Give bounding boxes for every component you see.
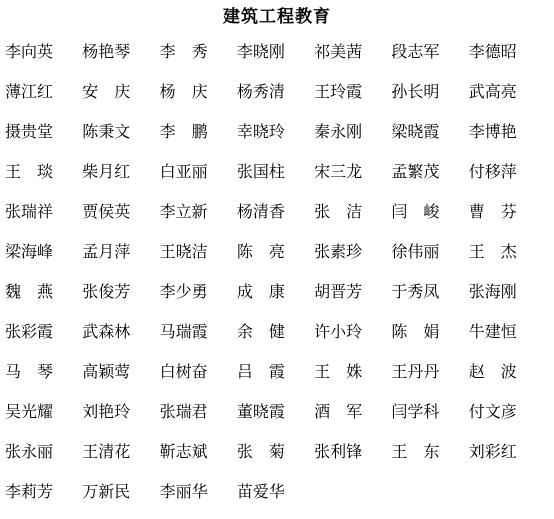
- name-cell: 宋三龙: [314, 164, 362, 182]
- name-cell: 梁晓霞: [391, 124, 439, 142]
- name-cell: 李丽华: [160, 484, 208, 502]
- name-cell: 白树奋: [160, 364, 208, 382]
- name-cell: 李博艳: [469, 124, 517, 142]
- name-cell: 李 鹏: [160, 124, 208, 142]
- name-cell: 张瑞君: [160, 404, 208, 422]
- name-row: 魏 燕张俊芳李少勇成 康胡晋芳于秀凤张海刚: [5, 273, 546, 313]
- name-cell: 祁美茜: [314, 44, 362, 62]
- name-cell: 刘彩红: [469, 444, 517, 462]
- name-cell: 牛建恒: [469, 324, 517, 342]
- page-title: 建筑工程教育: [0, 0, 554, 27]
- name-cell: 闫 峻: [391, 204, 439, 222]
- name-cell: 杨秀清: [237, 84, 285, 102]
- name-cell: 薄江红: [5, 84, 53, 102]
- name-cell: 张海刚: [469, 284, 517, 302]
- name-cell: 赵 波: [469, 364, 517, 382]
- name-cell: 陈秉文: [82, 124, 130, 142]
- name-cell: 武高亮: [469, 84, 517, 102]
- name-cell: 贾侯英: [82, 204, 130, 222]
- name-cell: 王 姝: [314, 364, 362, 382]
- document-page: 建筑工程教育 李向英杨艳琴李 秀李晓刚祁美茜段志军李德昭薄江红安 庆杨 庆杨秀清…: [0, 0, 554, 519]
- name-cell: 万新民: [82, 484, 130, 502]
- name-cell: 董晓霞: [237, 404, 285, 422]
- name-cell: 刘艳玲: [82, 404, 130, 422]
- name-cell: 王 琰: [5, 164, 53, 182]
- name-cell: 段志军: [391, 44, 439, 62]
- name-cell: 李立新: [160, 204, 208, 222]
- name-cell: 梁海峰: [5, 244, 53, 262]
- name-cell: 武森林: [82, 324, 130, 342]
- name-cell: 酒 军: [314, 404, 362, 422]
- name-list: 李向英杨艳琴李 秀李晓刚祁美茜段志军李德昭薄江红安 庆杨 庆杨秀清王玲霞孙长明武…: [0, 33, 554, 513]
- name-cell: 吕 霞: [237, 364, 285, 382]
- name-cell: 李少勇: [160, 284, 208, 302]
- name-cell: 杨 庆: [160, 84, 208, 102]
- name-row: 马 琴高颖莺白树奋吕 霞王 姝王丹丹赵 波: [5, 353, 546, 393]
- name-cell: 王 东: [391, 444, 439, 462]
- name-cell: 高颖莺: [82, 364, 130, 382]
- name-cell: 孟月萍: [82, 244, 130, 262]
- name-cell: 徐伟丽: [391, 244, 439, 262]
- name-cell: 张 洁: [314, 204, 362, 222]
- name-cell: 张利锋: [314, 444, 362, 462]
- name-cell: 李向英: [5, 44, 53, 62]
- name-cell: 幸晓玲: [237, 124, 285, 142]
- name-cell: 魏 燕: [5, 284, 53, 302]
- name-row: 摄贵堂陈秉文李 鹏幸晓玲秦永刚梁晓霞李博艳: [5, 113, 546, 153]
- name-cell: 王玲霞: [314, 84, 362, 102]
- name-cell: 张俊芳: [82, 284, 130, 302]
- name-row: 张永丽王清花靳志斌张 菊张利锋王 东刘彩红: [5, 433, 546, 473]
- name-cell: 杨艳琴: [82, 44, 130, 62]
- name-cell: 陈 娟: [391, 324, 439, 342]
- name-row: 李向英杨艳琴李 秀李晓刚祁美茜段志军李德昭: [5, 33, 546, 73]
- name-cell: 孟繁茂: [391, 164, 439, 182]
- name-cell: 吴光耀: [5, 404, 53, 422]
- name-cell: 付文彦: [469, 404, 517, 422]
- name-cell: 陈 亮: [237, 244, 285, 262]
- name-cell: 马瑞霞: [160, 324, 208, 342]
- name-cell: 李德昭: [469, 44, 517, 62]
- name-cell: 成 康: [237, 284, 285, 302]
- name-cell: 胡晋芳: [314, 284, 362, 302]
- name-cell: 许小玲: [314, 324, 362, 342]
- name-cell: 张素珍: [314, 244, 362, 262]
- name-cell: 王丹丹: [391, 364, 439, 382]
- name-row: 张彩霞武森林马瑞霞余 健许小玲陈 娟牛建恒: [5, 313, 546, 353]
- name-cell: 张 菊: [237, 444, 285, 462]
- name-cell: 杨清香: [237, 204, 285, 222]
- name-cell: 于秀凤: [391, 284, 439, 302]
- name-cell: 秦永刚: [314, 124, 362, 142]
- name-cell: 白亚丽: [160, 164, 208, 182]
- name-cell: 张瑞祥: [5, 204, 53, 222]
- name-cell: 安 庆: [82, 84, 130, 102]
- name-cell: 余 健: [237, 324, 285, 342]
- name-row: 薄江红安 庆杨 庆杨秀清王玲霞孙长明武高亮: [5, 73, 546, 113]
- name-cell: 苗爱华: [237, 484, 285, 502]
- name-row: 王 琰柴月红白亚丽张国柱宋三龙孟繁茂付移萍: [5, 153, 546, 193]
- name-cell: 李莉芳: [5, 484, 53, 502]
- name-cell: 孙长明: [391, 84, 439, 102]
- name-row: 梁海峰孟月萍王晓洁陈 亮张素珍徐伟丽王 杰: [5, 233, 546, 273]
- name-cell: 摄贵堂: [5, 124, 53, 142]
- name-row: 李莉芳万新民李丽华苗爱华: [5, 473, 546, 513]
- name-cell: 曹 芬: [469, 204, 517, 222]
- name-cell: 李晓刚: [237, 44, 285, 62]
- name-cell: 柴月红: [82, 164, 130, 182]
- name-cell: 王 杰: [469, 244, 517, 262]
- name-cell: 靳志斌: [160, 444, 208, 462]
- name-cell: 李 秀: [160, 44, 208, 62]
- name-cell: 王清花: [82, 444, 130, 462]
- name-cell: 闫学科: [391, 404, 439, 422]
- name-row: 吴光耀刘艳玲张瑞君董晓霞酒 军闫学科付文彦: [5, 393, 546, 433]
- name-cell: 张永丽: [5, 444, 53, 462]
- name-row: 张瑞祥贾侯英李立新杨清香张 洁闫 峻曹 芬: [5, 193, 546, 233]
- name-cell: 马 琴: [5, 364, 53, 382]
- name-cell: 王晓洁: [160, 244, 208, 262]
- name-cell: 张国柱: [237, 164, 285, 182]
- name-cell: 张彩霞: [5, 324, 53, 342]
- name-cell: 付移萍: [469, 164, 517, 182]
